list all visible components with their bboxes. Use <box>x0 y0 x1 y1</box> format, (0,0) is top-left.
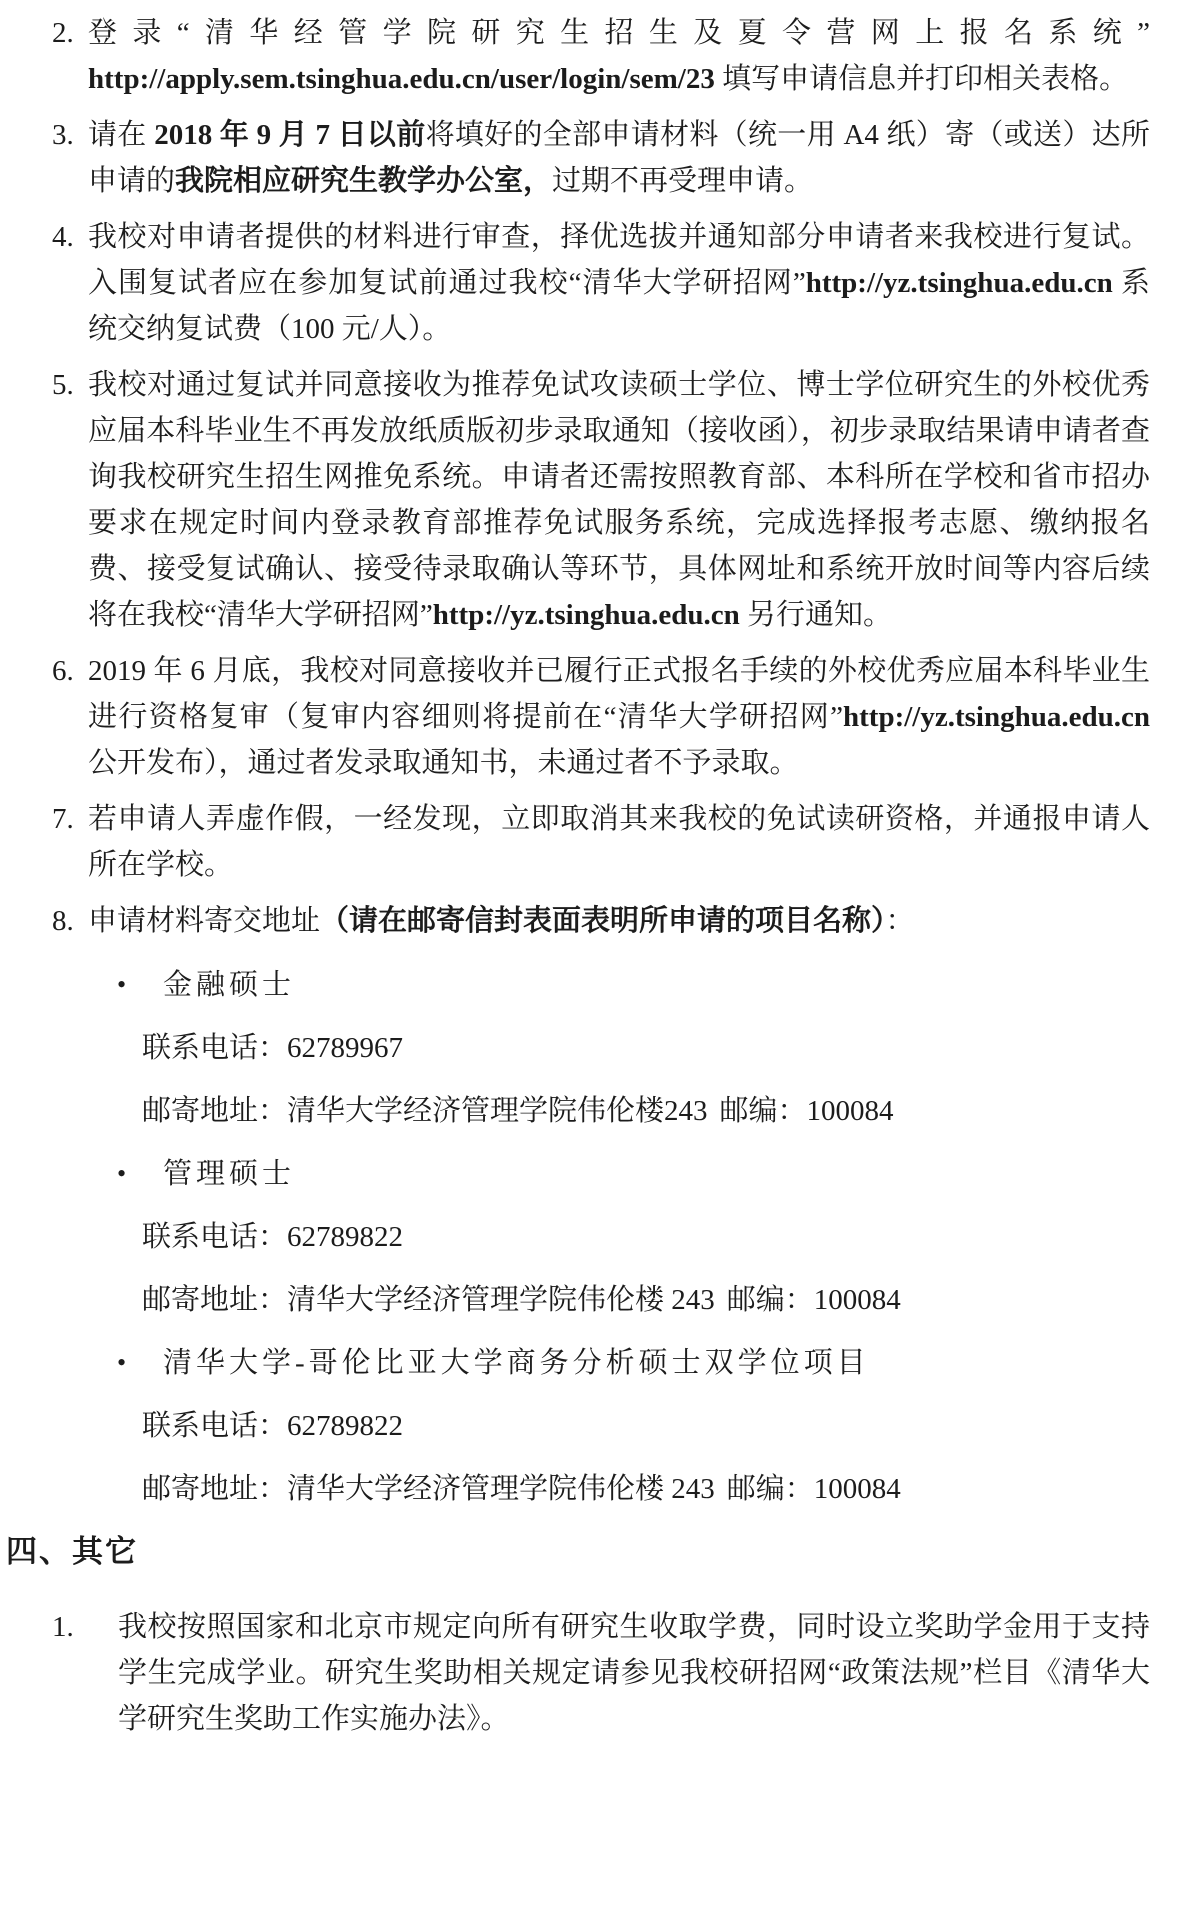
address-label: 邮寄地址： <box>142 1473 287 1505</box>
list-item-text: 若申请人弄虚作假，一经发现，立即取消其来我校的免试读研资格，并通报申请人所在学校… <box>88 796 1150 888</box>
text-run: 我校对通过复试并同意接收为推荐免试攻读硕士学位、博士学位研究生的外校优秀应届本科… <box>88 369 1150 631</box>
postal-label: 邮编： <box>727 1473 814 1505</box>
address-label: 邮寄地址： <box>142 1284 287 1316</box>
postal-code: 100084 <box>807 1095 894 1127</box>
phone-label: 联系电话： <box>142 1221 287 1253</box>
list-item-number: 1. <box>52 1604 118 1650</box>
program-block-management: • 管理硕士 联系电话：62789822 邮寄地址：清华大学经济管理学院伟伦楼 … <box>117 1151 1150 1323</box>
list-item-text: 登录“清华经管学院研究生招生及夏令营网上报名系统”http://apply.se… <box>88 10 1150 102</box>
list-item-number: 6. <box>52 648 88 694</box>
list-item-number: 7. <box>52 796 88 842</box>
program-block-dual-degree: • 清华大学-哥伦比亚大学商务分析硕士双学位项目 联系电话：62789822 邮… <box>117 1340 1150 1512</box>
address-value: 清华大学经济管理学院伟伦楼 243 <box>287 1473 715 1505</box>
contact-phone-line: 联系电话：62789967 <box>117 1025 1150 1071</box>
list-item-3: 3. 请在 2018 年 9 月 7 日以前将填好的全部申请材料（统一用 A4 … <box>0 112 1192 204</box>
text-run: 我校按照国家和北京市规定向所有研究生收取学费，同时设立奖助学金用于支持学生完成学… <box>118 1611 1150 1735</box>
mailing-address-list: • 金融硕士 联系电话：62789967 邮寄地址：清华大学经济管理学院伟伦楼2… <box>0 962 1192 1512</box>
list-item-text: 2019 年 6 月底，我校对同意接收并已履行正式报名手续的外校优秀应届本科毕业… <box>88 648 1150 786</box>
contact-phone-line: 联系电话：62789822 <box>117 1214 1150 1260</box>
list-item-text: 申请材料寄交地址（请在邮寄信封表面表明所申请的项目名称）： <box>88 898 1150 944</box>
program-title: 管理硕士 <box>163 1151 295 1197</box>
list-item-number: 8. <box>52 898 88 944</box>
mailing-address-line: 邮寄地址：清华大学经济管理学院伟伦楼 243邮编：100084 <box>117 1466 1150 1512</box>
list-item-7: 7. 若申请人弄虚作假，一经发现，立即取消其来我校的免试读研资格，并通报申请人所… <box>0 796 1192 888</box>
program-block-finance: • 金融硕士 联系电话：62789967 邮寄地址：清华大学经济管理学院伟伦楼2… <box>117 962 1150 1134</box>
phone-number: 62789967 <box>287 1032 403 1064</box>
bullet-icon: • <box>117 962 163 1008</box>
mailing-address-line: 邮寄地址：清华大学经济管理学院伟伦楼243邮编：100084 <box>117 1088 1150 1134</box>
program-title: 金融硕士 <box>163 962 295 1008</box>
postal-label: 邮编： <box>727 1284 814 1316</box>
bullet-icon: • <box>117 1340 163 1386</box>
list-item-4: 4. 我校对申请者提供的材料进行审查，择优选拔并通知部分申请者来我校进行复试。入… <box>0 214 1192 352</box>
emphasis-text-run: http://apply.sem.tsinghua.edu.cn/user/lo… <box>88 63 715 95</box>
emphasis-text-run: http://yz.tsinghua.edu.cn <box>843 701 1150 733</box>
list-item-text: 我校按照国家和北京市规定向所有研究生收取学费，同时设立奖助学金用于支持学生完成学… <box>118 1604 1150 1742</box>
program-title-row: • 金融硕士 <box>117 962 1150 1008</box>
section-heading-other: 四、其它 <box>6 1529 1192 1575</box>
list-item-number: 3. <box>52 112 88 158</box>
list-item-number: 5. <box>52 362 88 408</box>
phone-label: 联系电话： <box>142 1032 287 1064</box>
list-item-number: 4. <box>52 214 88 260</box>
address-value: 清华大学经济管理学院伟伦楼243 <box>287 1095 708 1127</box>
list-item-text: 我校对通过复试并同意接收为推荐免试攻读硕士学位、博士学位研究生的外校优秀应届本科… <box>88 362 1150 638</box>
contact-phone-line: 联系电话：62789822 <box>117 1403 1150 1449</box>
document-page: 2. 登录“清华经管学院研究生招生及夏令营网上报名系统”http://apply… <box>0 0 1192 1917</box>
emphasis-text-run: （请在邮寄信封表面表明所申请的项目名称） <box>320 905 886 937</box>
program-title-row: • 清华大学-哥伦比亚大学商务分析硕士双学位项目 <box>117 1340 1150 1386</box>
emphasis-text-run: http://yz.tsinghua.edu.cn <box>433 599 740 631</box>
text-run: 申请材料寄交地址 <box>88 905 320 937</box>
emphasis-text-run: 我院相应研究生教学办公室， <box>175 165 552 197</box>
phone-label: 联系电话： <box>142 1410 287 1442</box>
list-item-2: 2. 登录“清华经管学院研究生招生及夏令营网上报名系统”http://apply… <box>0 10 1192 102</box>
list-item-5: 5. 我校对通过复试并同意接收为推荐免试攻读硕士学位、博士学位研究生的外校优秀应… <box>0 362 1192 638</box>
emphasis-text-run: http://yz.tsinghua.edu.cn <box>806 267 1113 299</box>
phone-number: 62789822 <box>287 1410 403 1442</box>
bullet-icon: • <box>117 1151 163 1197</box>
list-item-8: 8. 申请材料寄交地址（请在邮寄信封表面表明所申请的项目名称）： <box>0 898 1192 944</box>
list-item-text: 请在 2018 年 9 月 7 日以前将填好的全部申请材料（统一用 A4 纸）寄… <box>88 112 1150 204</box>
other-list-item-1: 1. 我校按照国家和北京市规定向所有研究生收取学费，同时设立奖助学金用于支持学生… <box>0 1604 1192 1742</box>
address-label: 邮寄地址： <box>142 1095 287 1127</box>
list-item-number: 2. <box>52 10 88 56</box>
emphasis-text-run: 2018 年 9 月 7 日以前 <box>154 119 425 151</box>
program-title: 清华大学-哥伦比亚大学商务分析硕士双学位项目 <box>163 1340 870 1386</box>
address-value: 清华大学经济管理学院伟伦楼 243 <box>287 1284 715 1316</box>
text-run: ： <box>886 905 915 937</box>
list-item-6: 6. 2019 年 6 月底，我校对同意接收并已履行正式报名手续的外校优秀应届本… <box>0 648 1192 786</box>
postal-code: 100084 <box>814 1473 901 1505</box>
text-run: 请在 <box>88 119 154 151</box>
phone-number: 62789822 <box>287 1221 403 1253</box>
program-title-row: • 管理硕士 <box>117 1151 1150 1197</box>
postal-label: 邮编： <box>720 1095 807 1127</box>
postal-code: 100084 <box>814 1284 901 1316</box>
text-run: 公开发布），通过者发录取通知书，未通过者不予录取。 <box>88 747 799 779</box>
text-run: 若申请人弄虚作假，一经发现，立即取消其来我校的免试读研资格，并通报申请人所在学校… <box>88 803 1150 881</box>
list-item-text: 我校对申请者提供的材料进行审查，择优选拔并通知部分申请者来我校进行复试。入围复试… <box>88 214 1150 352</box>
text-run: 另行通知。 <box>740 599 892 631</box>
text-run: 登录“清华经管学院研究生招生及夏令营网上报名系统” <box>88 17 1150 49</box>
text-run: 过期不再受理申请。 <box>552 165 813 197</box>
mailing-address-line: 邮寄地址：清华大学经济管理学院伟伦楼 243邮编：100084 <box>117 1277 1150 1323</box>
text-run: 填写申请信息并打印相关表格。 <box>715 63 1128 95</box>
